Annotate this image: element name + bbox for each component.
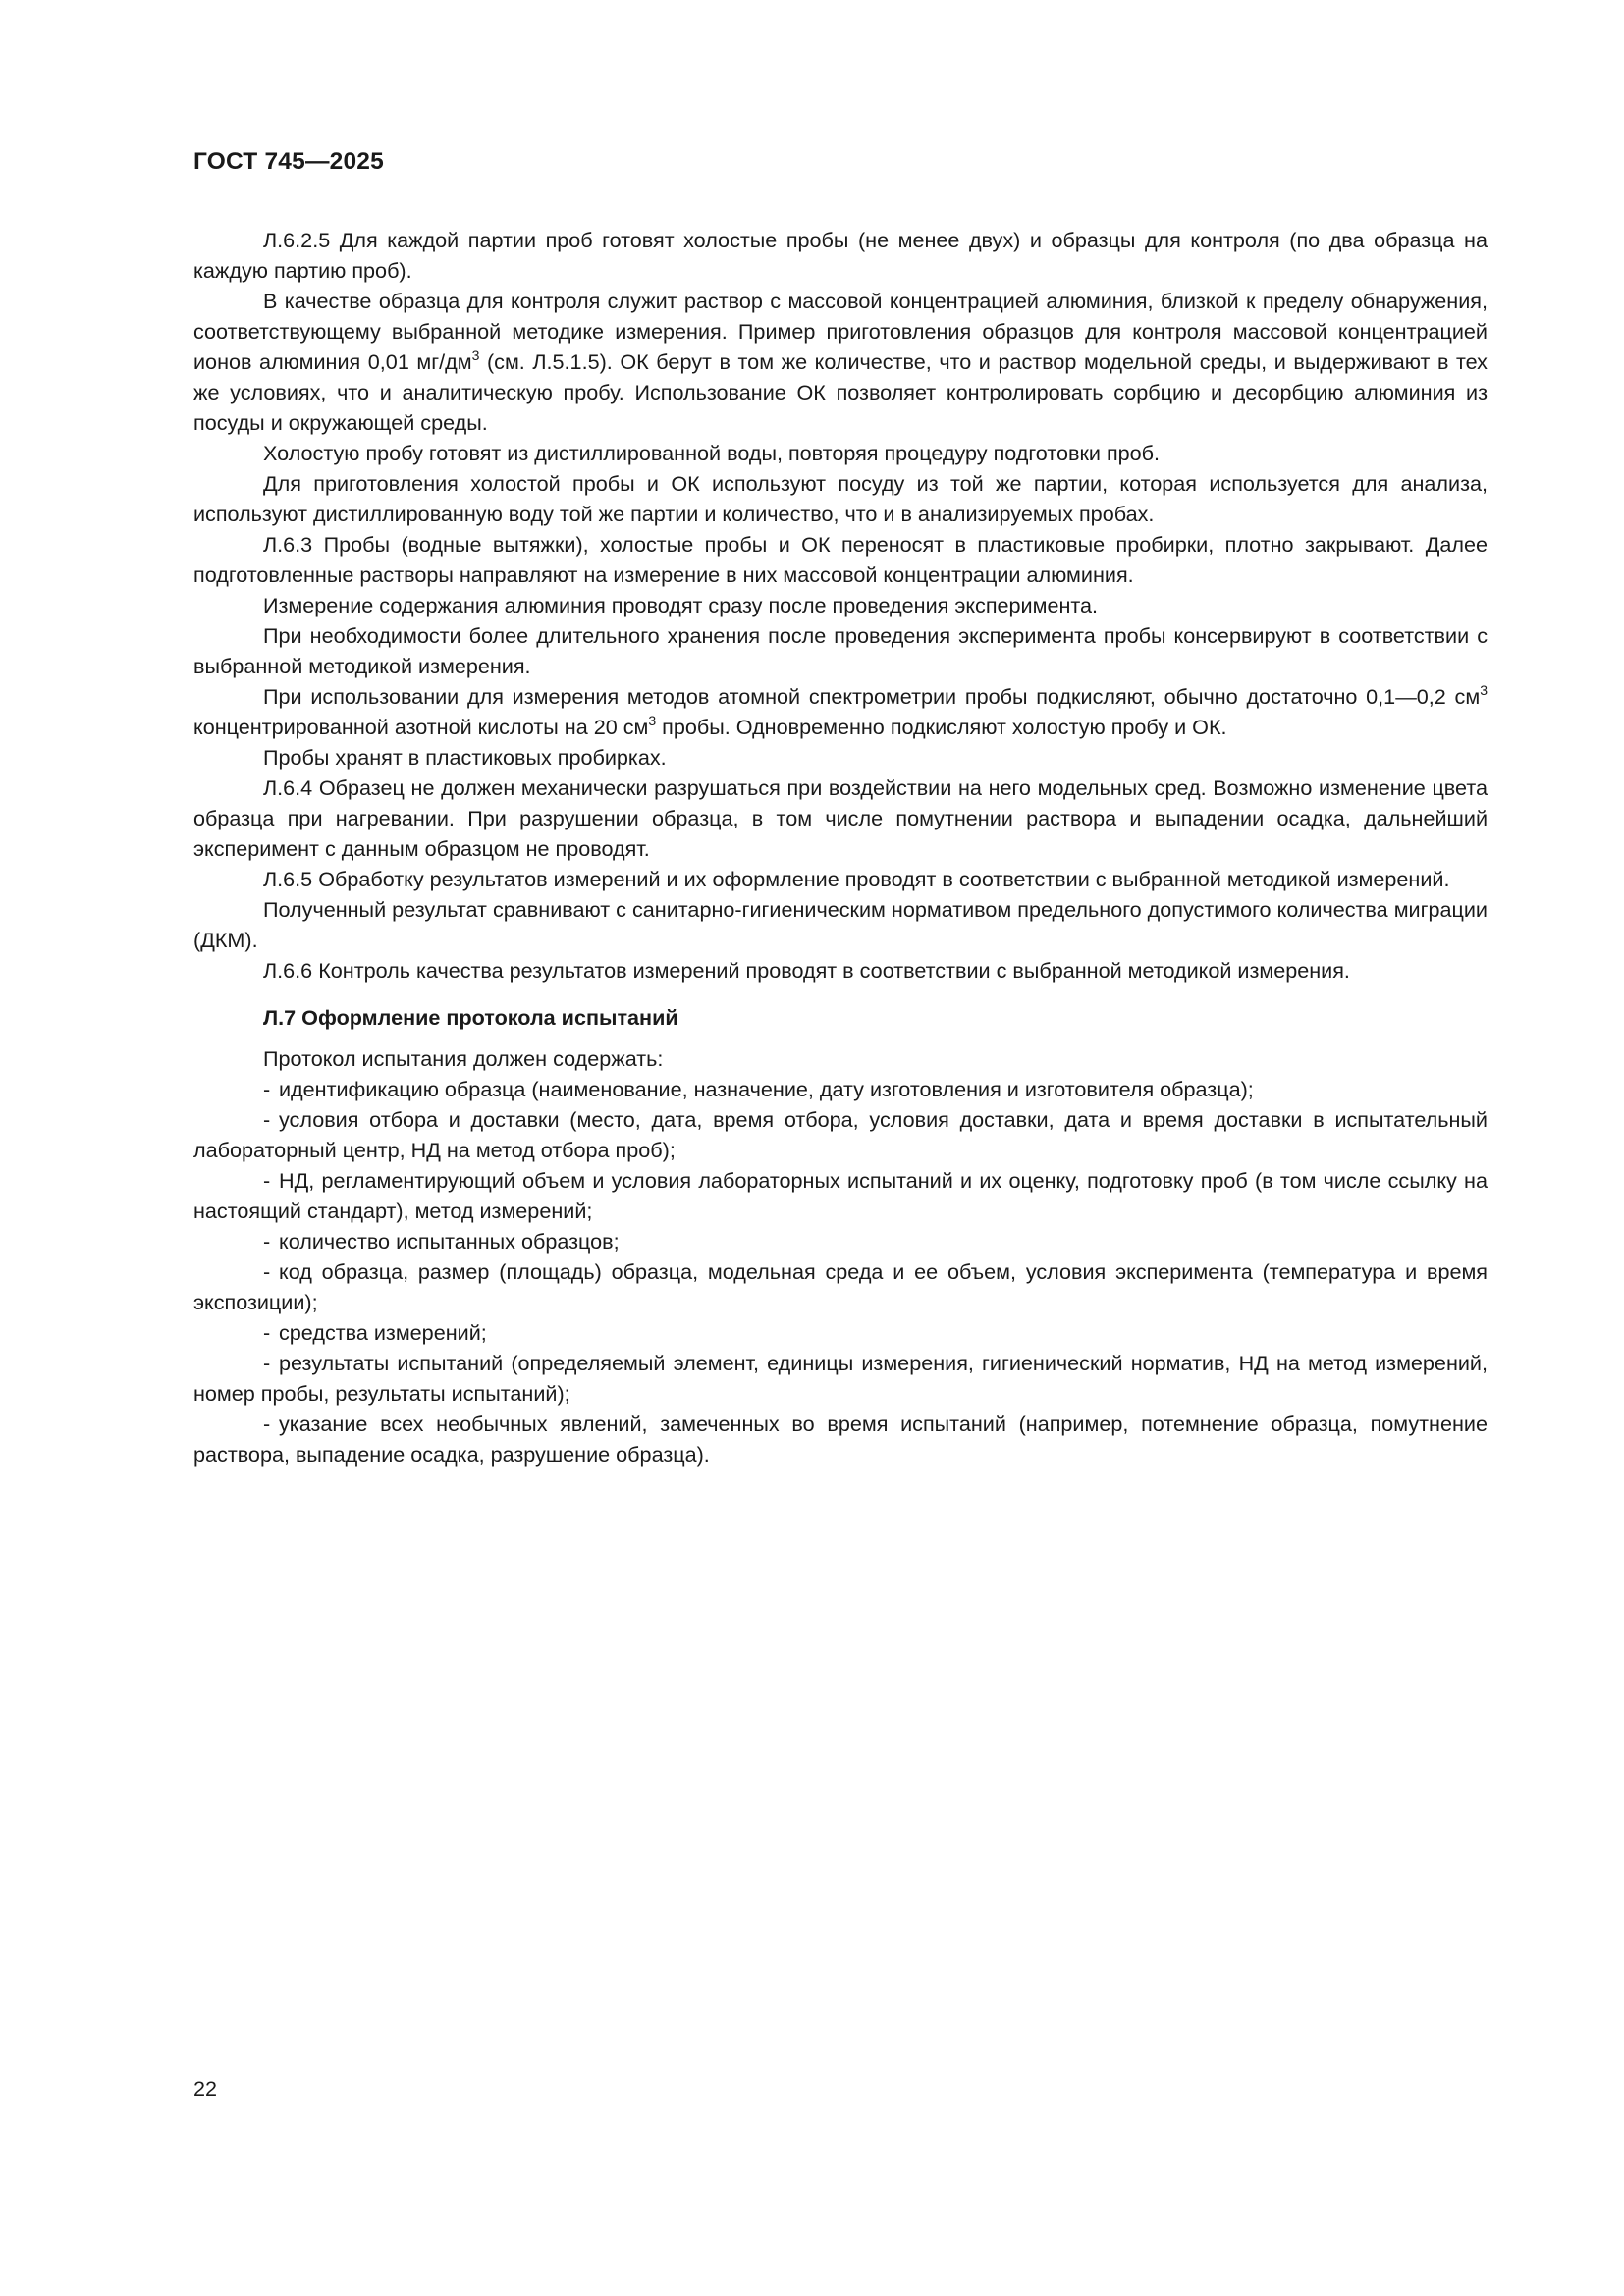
list-item: -указание всех необычных явлений, замече… [193, 1409, 1488, 1469]
section-intro: Протокол испытания должен содержать: [193, 1043, 1488, 1074]
paragraph: Л.6.2.5 Для каждой партии проб готовят х… [193, 225, 1488, 286]
list-item-text: количество испытанных образцов; [279, 1229, 620, 1254]
superscript: 3 [1480, 682, 1488, 698]
paragraph-text: Для приготовления холостой пробы и ОК ис… [193, 471, 1488, 526]
document-body: Л.6.2.5 Для каждой партии проб готовят х… [193, 225, 1488, 1469]
paragraph-text: Холостую пробу готовят из дистиллированн… [263, 441, 1160, 465]
paragraph: Измерение содержания алюминия проводят с… [193, 590, 1488, 620]
bullet-dash: - [263, 1165, 279, 1196]
paragraph-text: Л.6.4 Образец не должен механически разр… [193, 775, 1488, 861]
paragraph-text: Пробы хранят в пластиковых пробирках. [263, 745, 667, 770]
list-item: -идентификацию образца (наименование, на… [193, 1074, 1488, 1104]
paragraph: Л.6.4 Образец не должен механически разр… [193, 773, 1488, 864]
list-item-text: НД, регламентирующий объем и условия лаб… [193, 1168, 1488, 1223]
paragraph: Холостую пробу готовят из дистиллированн… [193, 438, 1488, 468]
paragraph: Л.6.6 Контроль качества результатов изме… [193, 955, 1488, 986]
document-header: ГОСТ 745—2025 [193, 148, 384, 176]
page-number: 22 [193, 2076, 217, 2102]
superscript: 3 [648, 713, 656, 728]
paragraph-text: пробы. Одновременно подкисляют холостую … [656, 715, 1226, 739]
bullet-dash: - [263, 1256, 279, 1287]
list-item: -НД, регламентирующий объем и условия ла… [193, 1165, 1488, 1226]
paragraph: Пробы хранят в пластиковых пробирках. [193, 742, 1488, 773]
paragraph: Для приготовления холостой пробы и ОК ис… [193, 468, 1488, 529]
paragraph-list: Л.6.2.5 Для каждой партии проб готовят х… [193, 225, 1488, 986]
bullet-dash: - [263, 1317, 279, 1348]
list-item: -условия отбора и доставки (место, дата,… [193, 1104, 1488, 1165]
bullet-dash: - [263, 1104, 279, 1135]
requirements-list: -идентификацию образца (наименование, на… [193, 1074, 1488, 1469]
list-item-text: код образца, размер (площадь) образца, м… [193, 1259, 1488, 1314]
section-heading: Л.7 Оформление протокола испытаний [193, 1002, 1488, 1034]
list-item: -код образца, размер (площадь) образца, … [193, 1256, 1488, 1317]
paragraph: При использовании для измерения методов … [193, 681, 1488, 742]
bullet-dash: - [263, 1348, 279, 1378]
paragraph: При необходимости более длительного хран… [193, 620, 1488, 681]
list-item-text: идентификацию образца (наименование, наз… [279, 1077, 1254, 1101]
paragraph: Полученный результат сравнивают с санита… [193, 894, 1488, 955]
list-item-text: результаты испытаний (определяемый элеме… [193, 1351, 1488, 1406]
paragraph: В качестве образца для контроля служит р… [193, 286, 1488, 438]
paragraph-text: Л.6.2.5 Для каждой партии проб готовят х… [193, 228, 1488, 283]
list-item-text: условия отбора и доставки (место, дата, … [193, 1107, 1488, 1162]
bullet-dash: - [263, 1074, 279, 1104]
paragraph-text: Измерение содержания алюминия проводят с… [263, 593, 1098, 617]
bullet-dash: - [263, 1409, 279, 1439]
list-item: -количество испытанных образцов; [193, 1226, 1488, 1256]
paragraph-text: При использовании для измерения методов … [263, 684, 1480, 709]
paragraph-text: Л.6.5 Обработку результатов измерений и … [263, 867, 1449, 891]
list-item: -результаты испытаний (определяемый элем… [193, 1348, 1488, 1409]
paragraph-text: Полученный результат сравнивают с санита… [193, 897, 1488, 952]
list-item: -средства измерений; [193, 1317, 1488, 1348]
paragraph-text: Л.6.3 Пробы (водные вытяжки), холостые п… [193, 532, 1488, 587]
paragraph: Л.6.3 Пробы (водные вытяжки), холостые п… [193, 529, 1488, 590]
bullet-dash: - [263, 1226, 279, 1256]
paragraph: Л.6.5 Обработку результатов измерений и … [193, 864, 1488, 894]
paragraph-text: концентрированной азотной кислоты на 20 … [193, 715, 648, 739]
list-item-text: указание всех необычных явлений, замечен… [193, 1412, 1488, 1467]
list-item-text: средства измерений; [279, 1320, 487, 1345]
paragraph-text: Л.6.6 Контроль качества результатов изме… [263, 958, 1350, 983]
paragraph-text: При необходимости более длительного хран… [193, 623, 1488, 678]
